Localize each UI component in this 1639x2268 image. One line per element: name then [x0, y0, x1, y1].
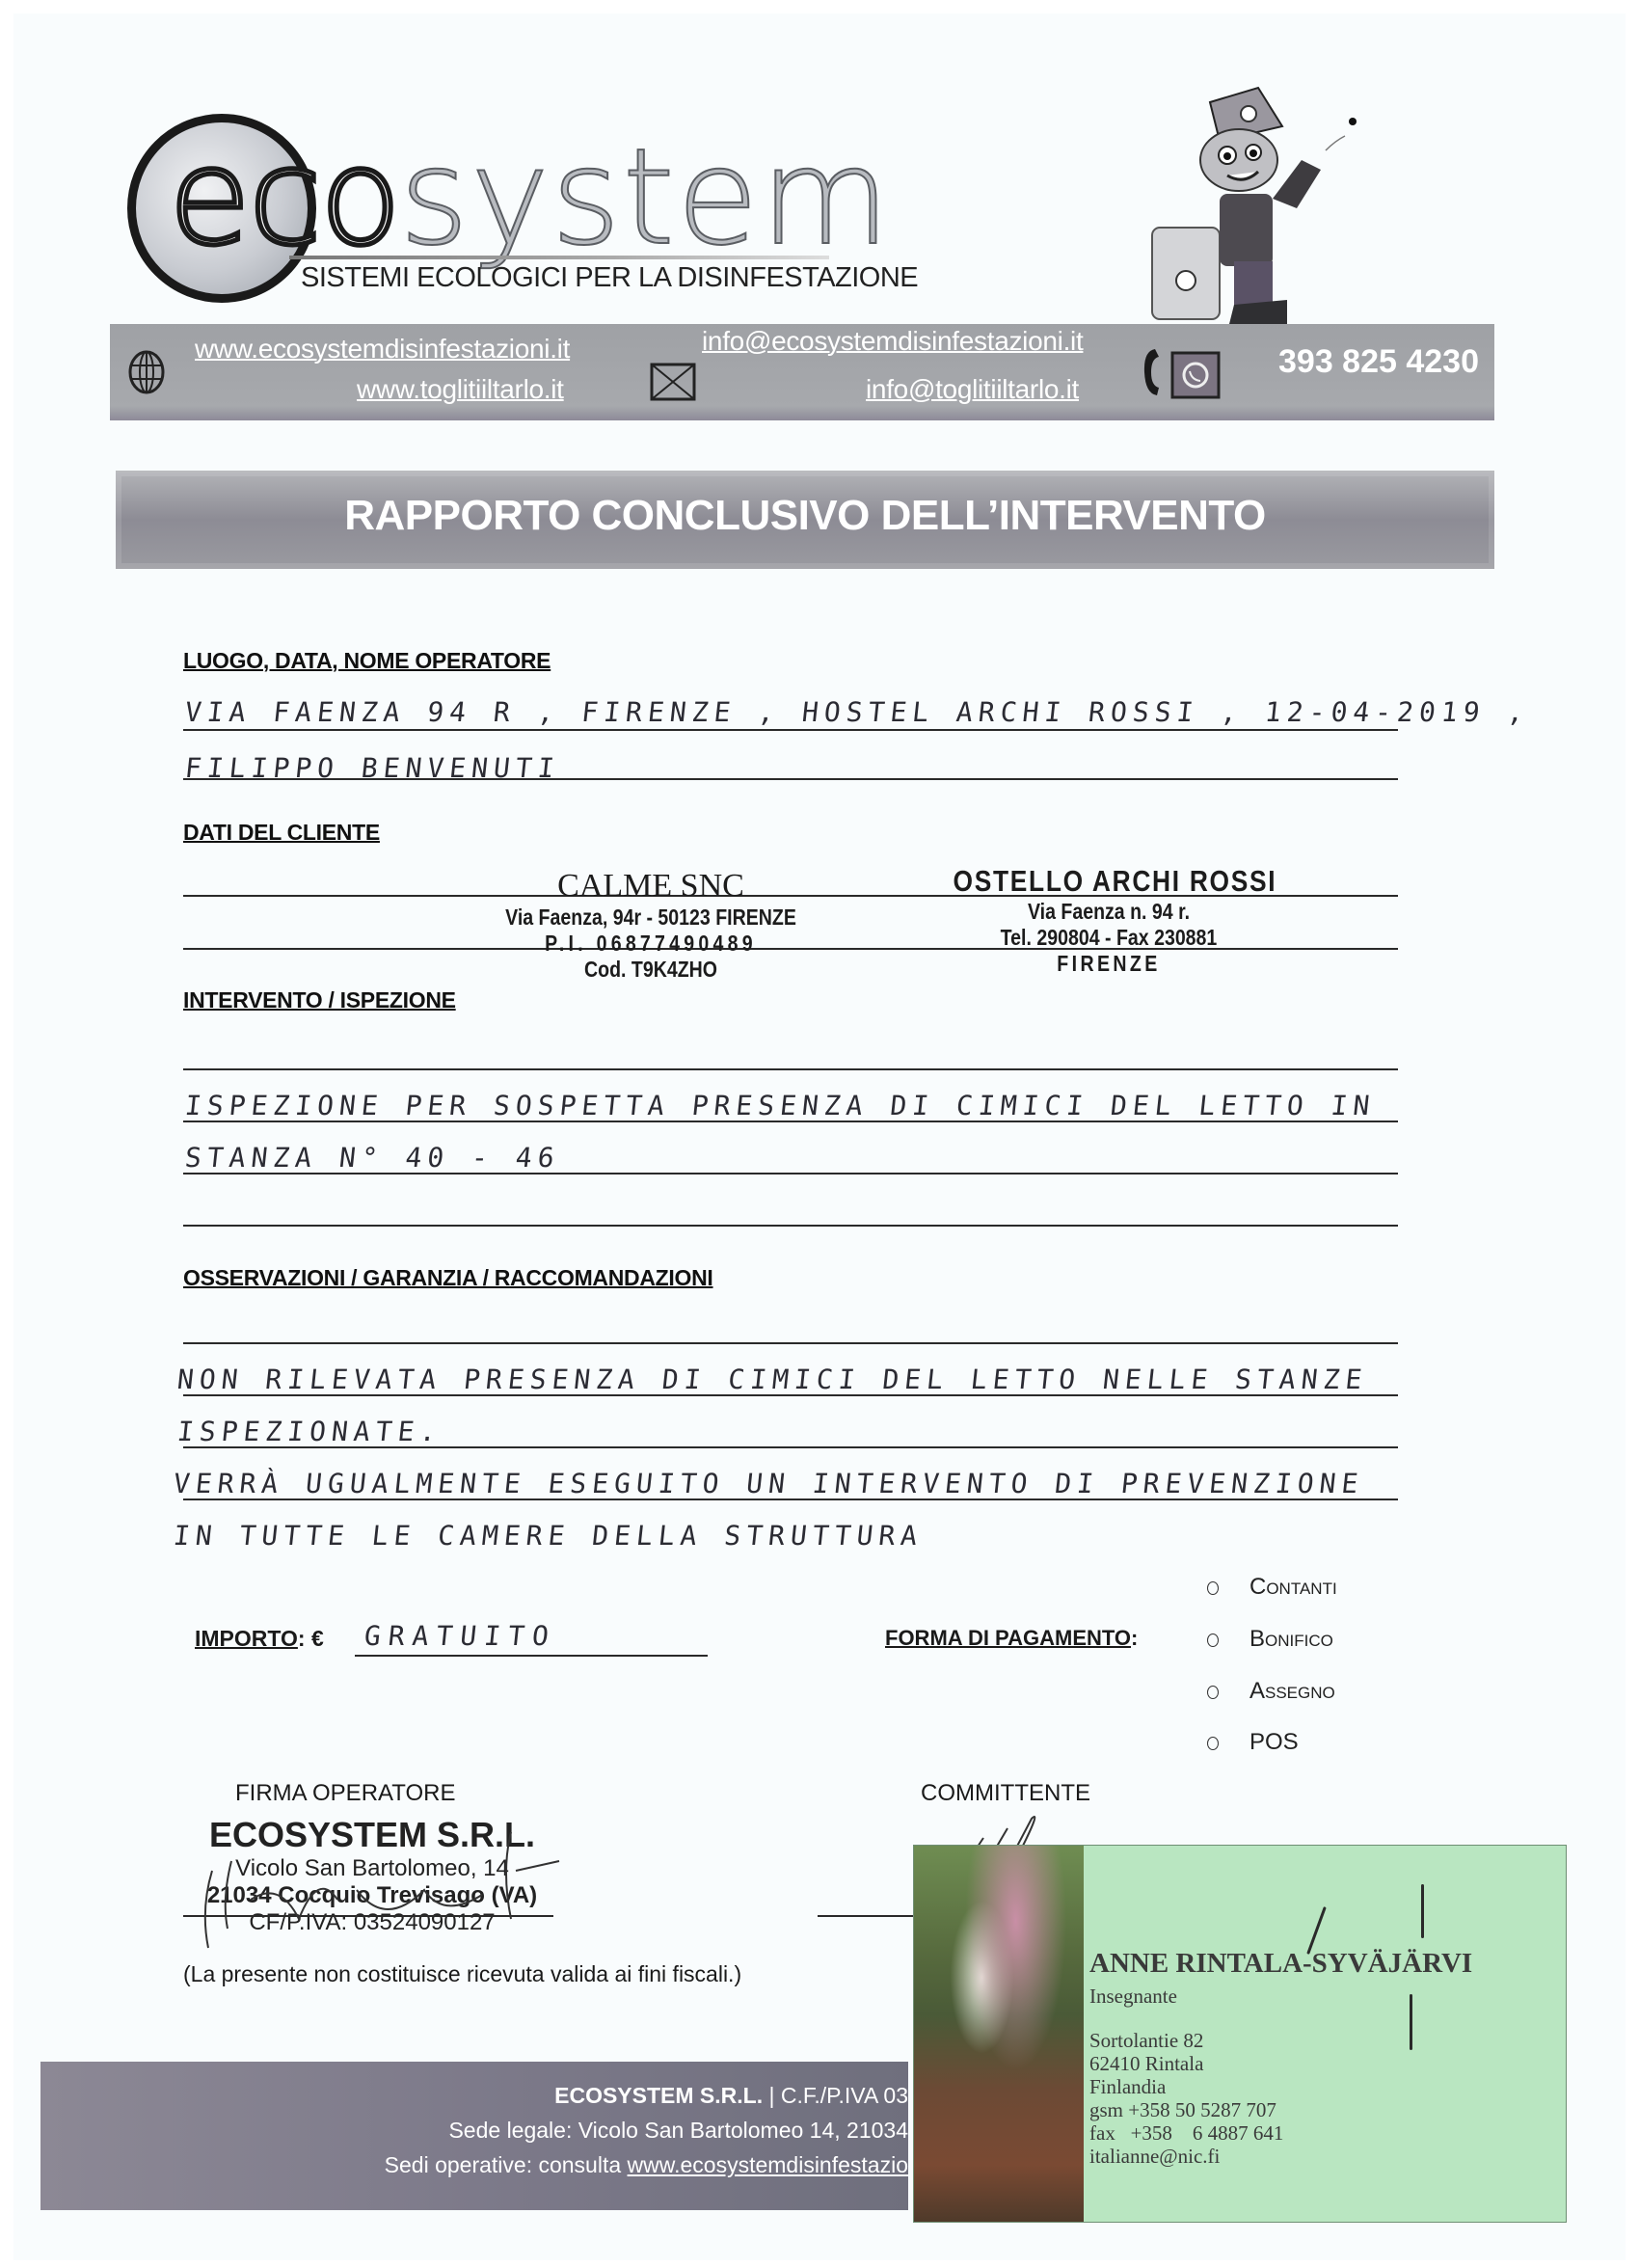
form-line	[183, 729, 1398, 731]
form-line	[183, 1394, 1398, 1396]
card-gsm: gsm +358 50 5287 707	[1089, 2098, 1283, 2121]
website-link-primary[interactable]: www.ecosystemdisinfestazioni.it	[195, 334, 570, 364]
logo-eco: eco	[169, 120, 399, 275]
report-title-banner: RAPPORTO CONCLUSIVO DELL’INTERVENTO	[116, 471, 1494, 569]
card-name: ANNE RINTALA-SYVÄJÄRVI	[1089, 1948, 1472, 1980]
card-role: Insegnante	[1089, 1984, 1177, 2009]
stamp-hostel-name: OSTELLO ARCHI ROSSI	[954, 864, 1265, 899]
stapled-business-card: ANNE RINTALA-SYVÄJÄRVI Insegnante Sortol…	[914, 1846, 1566, 2222]
client-signature-line	[818, 1915, 924, 1917]
logo-underline	[289, 256, 829, 259]
stamp-company-address: Via Faenza, 94r - 50123 FIRENZE	[483, 904, 819, 931]
amount-currency: : €	[298, 1626, 324, 1651]
card-address: Sortolantie 82 62410 Rintala Finlandia g…	[1089, 2029, 1283, 2168]
garden-photo	[914, 1846, 1084, 2222]
footer-legal-seat: Sede legale: Vicolo San Bartolomeo 14, 2…	[448, 2118, 908, 2144]
website-link-secondary[interactable]: www.toglitiiltarlo.it	[357, 374, 564, 405]
handwritten-luogo-line-1: VIA FAENZA 94 R , FIRENZE , HOSTEL ARCHI…	[183, 696, 1531, 728]
payment-option-assegno[interactable]: Assegno	[1207, 1678, 1335, 1705]
payment-method-label: FORMA DI PAGAMENTO	[885, 1626, 1131, 1650]
operator-handwritten-signature	[193, 1813, 598, 1957]
handwritten-osservazioni-line-1: NON RILEVATA PRESENZA DI CIMICI DEL LETT…	[175, 1363, 1369, 1395]
form-line	[183, 1225, 1398, 1227]
handwritten-intervento-line-1: ISPEZIONE PER SOSPETTA PRESENZA DI CIMIC…	[183, 1090, 1377, 1121]
handwritten-osservazioni-line-4: IN TUTTE LE CAMERE DELLA STRUTTURA	[172, 1520, 925, 1552]
section-heading-intervento: INTERVENTO / ISPEZIONE	[183, 987, 456, 1013]
handwritten-osservazioni-line-3: VERRÀ UGUALMENTE ESEGUITO UN INTERVENTO …	[172, 1468, 1365, 1499]
stamp-hostel-tel: Tel. 290804 - Fax 230881	[954, 925, 1265, 951]
footer-website-link[interactable]: www.ecosystemdisinfestazio	[628, 2152, 908, 2177]
card-street: Sortolantie 82	[1089, 2029, 1283, 2052]
amount-field: IMPORTO: €	[195, 1626, 324, 1652]
handwritten-osservazioni-line-2: ISPEZIONATE.	[175, 1416, 443, 1447]
payment-option-contanti[interactable]: Contanti	[1207, 1574, 1337, 1601]
phone-number: 393 825 4230	[1278, 343, 1479, 381]
form-line	[183, 778, 1398, 780]
card-city: 62410 Rintala	[1089, 2052, 1283, 2075]
report-title: RAPPORTO CONCLUSIVO DELL’INTERVENTO	[116, 492, 1494, 540]
stamp-hostel-address: Via Faenza n. 94 r.	[954, 899, 1265, 925]
form-line	[183, 1498, 1398, 1500]
staple	[1421, 1884, 1424, 1938]
email-link-primary[interactable]: info@ecosystemdisinfestazioni.it	[702, 326, 1083, 357]
staple	[1410, 1994, 1412, 2050]
form-line	[183, 1120, 1398, 1122]
stamp-company-vat: P.I. 06877490489	[483, 931, 819, 957]
stamp-hostel-city: FIRENZE	[954, 951, 1265, 977]
globe-icon	[127, 349, 166, 395]
stamp-company-name: CALME SNC	[453, 868, 848, 904]
radio-circle-icon[interactable]	[1207, 1581, 1219, 1595]
section-heading-luogo: LUOGO, DATA, NOME OPERATORE	[183, 648, 551, 674]
card-fax: fax +358 6 4887 641	[1089, 2121, 1283, 2145]
payment-method-field: FORMA DI PAGAMENTO:	[885, 1626, 1138, 1651]
whatsapp-icon	[1170, 351, 1221, 399]
form-line	[183, 1173, 1398, 1174]
client-stamp-hostel: OSTELLO ARCHI ROSSI Via Faenza n. 94 r. …	[926, 864, 1292, 977]
radio-circle-icon[interactable]	[1207, 1633, 1219, 1647]
amount-value[interactable]: GRATUITO	[363, 1620, 557, 1652]
logo-tagline: SISTEMI ECOLOGICI PER LA DISINFESTAZIONE	[301, 262, 918, 294]
card-email: italianne@nic.fi	[1089, 2145, 1283, 2168]
card-country: Finlandia	[1089, 2075, 1283, 2098]
operator-signature-label: FIRMA OPERATORE	[235, 1780, 455, 1807]
section-heading-osservazioni: OSSERVAZIONI / GARANZIA / RACCOMANDAZION…	[183, 1265, 713, 1291]
section-heading-cliente: DATI DEL CLIENTE	[183, 820, 380, 846]
form-line	[183, 1342, 1398, 1344]
fiscal-disclaimer: (La presente non costituisce ricevuta va…	[183, 1961, 741, 1987]
amount-label: IMPORTO	[195, 1626, 298, 1651]
form-line	[183, 1446, 1398, 1448]
amount-line	[355, 1655, 708, 1657]
radio-circle-icon[interactable]	[1207, 1737, 1219, 1750]
phone-icon	[1142, 347, 1161, 397]
client-stamp-company: CALME SNC Via Faenza, 94r - 50123 FIRENZ…	[453, 868, 848, 983]
stamp-company-code: Cod. T9K4ZHO	[483, 957, 819, 983]
payment-option-pos[interactable]: POS	[1207, 1729, 1299, 1756]
contact-bar: www.ecosystemdisinfestazioni.it www.togl…	[110, 324, 1494, 420]
email-link-secondary[interactable]: info@toglitiiltarlo.it	[866, 374, 1079, 405]
form-line	[183, 1068, 1398, 1070]
footer-bar: ECOSYSTEM S.R.L. | C.F./P.IVA 03 Sede le…	[40, 2062, 908, 2210]
envelope-icon	[650, 363, 696, 401]
company-logo: ecosystem	[169, 125, 892, 270]
payment-option-bonifico[interactable]: Bonifico	[1207, 1626, 1333, 1653]
handwritten-intervento-line-2: STANZA N° 40 - 46	[183, 1142, 561, 1174]
logo-system: system	[399, 120, 892, 275]
mascot-illustration	[1142, 83, 1441, 324]
footer-operational-line: Sedi operative: consulta www.ecosystemdi…	[385, 2152, 908, 2178]
radio-circle-icon[interactable]	[1207, 1686, 1219, 1699]
footer-company-line: ECOSYSTEM S.R.L. | C.F./P.IVA 03	[554, 2083, 908, 2109]
